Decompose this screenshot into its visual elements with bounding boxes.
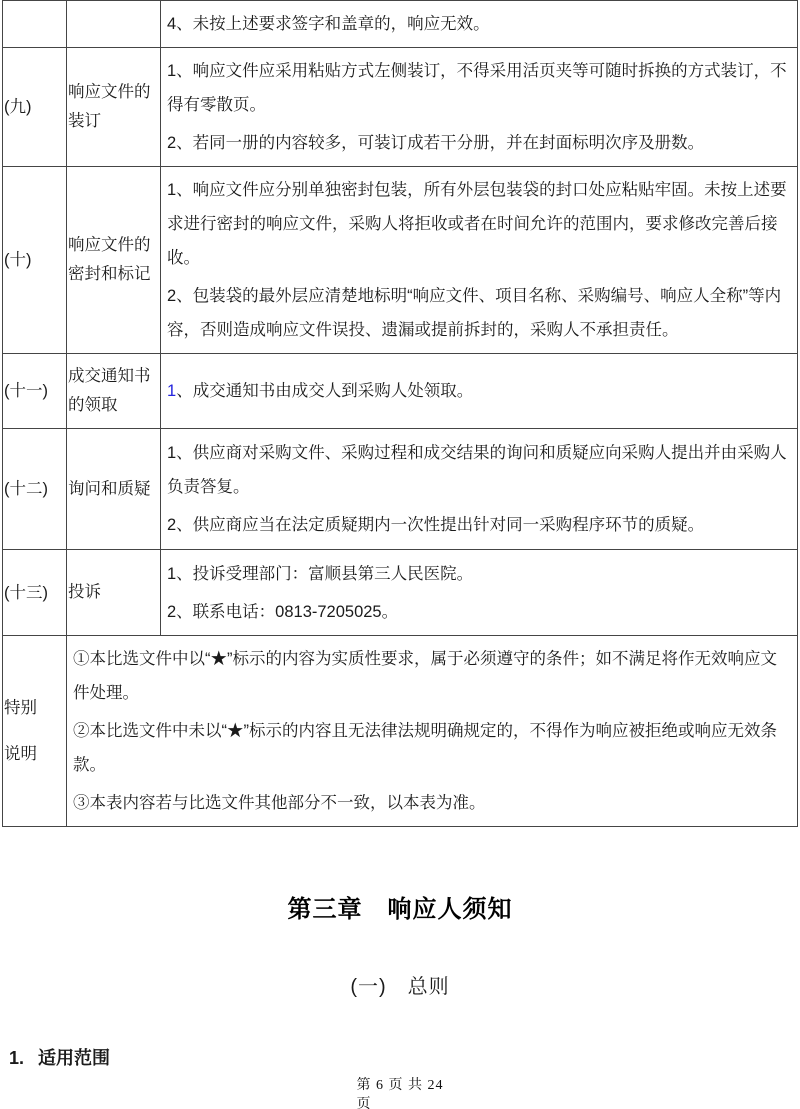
footer-line1: 第 6 页 共 24: [357, 1076, 444, 1095]
content-paragraph: 1、响应文件应采用粘贴方式左侧装订，不得采用活页夹等可随时拆换的方式装订，不得有…: [167, 54, 791, 122]
row-label-cell: 询问和质疑: [67, 429, 161, 550]
table-row: (九)响应文件的装订1、响应文件应采用粘贴方式左侧装订，不得采用活页夹等可随时拆…: [3, 48, 798, 167]
row-content-cell: 1、投诉受理部门：富顺县第三人民医院。2、联系电话：0813-7205025。: [161, 550, 798, 636]
row-label-cell: 成交通知书的领取: [67, 354, 161, 429]
chapter-title: 第三章 响应人须知: [0, 889, 800, 924]
table-row: (十)响应文件的密封和标记1、响应文件应分别单独密封包装，所有外层包装袋的封口处…: [3, 167, 798, 354]
row-content-cell: 1、成交通知书由成交人到采购人处领取。: [161, 354, 798, 429]
content-paragraph: 2、若同一册的内容较多，可装订成若干分册，并在封面标明次序及册数。: [167, 126, 791, 160]
table-row: (十三)投诉1、投诉受理部门：富顺县第三人民医院。2、联系电话：0813-720…: [3, 550, 798, 636]
content-paragraph: 1、成交通知书由成交人到采购人处领取。: [167, 374, 791, 408]
document-page: { "colors": { "link_blue": "#2323dd", "b…: [0, 0, 800, 1109]
row-number-cell: (十): [3, 167, 67, 354]
row-content-cell: ①本比选文件中以“★”标示的内容为实质性要求，属于必须遵守的条件；如不满足将作无…: [67, 636, 798, 827]
blue-number: 1: [167, 382, 176, 400]
row-number-cell: 特别说明: [3, 636, 67, 827]
content-paragraph: 1、响应文件应分别单独密封包装，所有外层包装袋的封口处应粘贴牢固。未按上述要求进…: [167, 173, 791, 275]
row-content-cell: 4、未按上述要求签字和盖章的，响应无效。: [161, 1, 798, 48]
content-paragraph: 2、包装袋的最外层应清楚地标明“响应文件、项目名称、采购编号、响应人全称”等内容…: [167, 279, 791, 347]
content-paragraph: 1、投诉受理部门：富顺县第三人民医院。: [167, 557, 791, 591]
row-number-cell: (十三): [3, 550, 67, 636]
notice-table: 4、未按上述要求签字和盖章的，响应无效。(九)响应文件的装订1、响应文件应采用粘…: [2, 0, 798, 827]
row-number-cell: (十二): [3, 429, 67, 550]
table-row: 4、未按上述要求签字和盖章的，响应无效。: [3, 1, 798, 48]
row-number: 特别说明: [4, 685, 39, 777]
row-number: (九): [4, 98, 32, 116]
content-paragraph: ①本比选文件中以“★”标示的内容为实质性要求，属于必须遵守的条件；如不满足将作无…: [73, 642, 791, 710]
clause-number: 1.: [9, 1048, 24, 1068]
page-footer: 第 6 页 共 24 页: [0, 1076, 800, 1109]
clause-heading: 1.适用范围: [9, 1044, 800, 1070]
content-paragraph: ③本表内容若与比选文件其他部分不一致，以本表为准。: [73, 786, 791, 820]
row-content-cell: 1、响应文件应分别单独密封包装，所有外层包装袋的封口处应粘贴牢固。未按上述要求进…: [161, 167, 798, 354]
row-number: (十一): [4, 382, 48, 400]
content-paragraph: 4、未按上述要求签字和盖章的，响应无效。: [167, 7, 791, 41]
footer-line2: 页: [357, 1095, 444, 1109]
row-number-cell: (十一): [3, 354, 67, 429]
content-paragraph: 2、联系电话：0813-7205025。: [167, 595, 791, 629]
row-number-cell: (九): [3, 48, 67, 167]
table-row: (十一)成交通知书的领取1、成交通知书由成交人到采购人处领取。: [3, 354, 798, 429]
row-label-cell: [67, 1, 161, 48]
row-label-cell: 响应文件的密封和标记: [67, 167, 161, 354]
content-paragraph: 2、供应商应当在法定质疑期内一次性提出针对同一采购程序环节的质疑。: [167, 508, 791, 542]
table-row: 特别说明①本比选文件中以“★”标示的内容为实质性要求，属于必须遵守的条件；如不满…: [3, 636, 798, 827]
row-content-cell: 1、响应文件应采用粘贴方式左侧装订，不得采用活页夹等可随时拆换的方式装订，不得有…: [161, 48, 798, 167]
row-number: (十): [4, 251, 32, 269]
row-label-cell: 投诉: [67, 550, 161, 636]
clause-text: 适用范围: [38, 1048, 110, 1068]
table-row: (十二)询问和质疑1、供应商对采购文件、采购过程和成交结果的询问和质疑应向采购人…: [3, 429, 798, 550]
row-content-cell: 1、供应商对采购文件、采购过程和成交结果的询问和质疑应向采购人提出并由采购人负责…: [161, 429, 798, 550]
section-title: (一) 总则: [0, 970, 800, 999]
row-number: (十二): [4, 480, 48, 498]
row-number: (十三): [4, 584, 48, 602]
row-label-cell: 响应文件的装订: [67, 48, 161, 167]
page-number-block: 第 6 页 共 24 页: [357, 1076, 444, 1109]
row-number-cell: [3, 1, 67, 48]
content-paragraph: 1、供应商对采购文件、采购过程和成交结果的询问和质疑应向采购人提出并由采购人负责…: [167, 436, 791, 504]
content-paragraph: ②本比选文件中未以“★”标示的内容且无法律法规明确规定的，不得作为响应被拒绝或响…: [73, 714, 791, 782]
